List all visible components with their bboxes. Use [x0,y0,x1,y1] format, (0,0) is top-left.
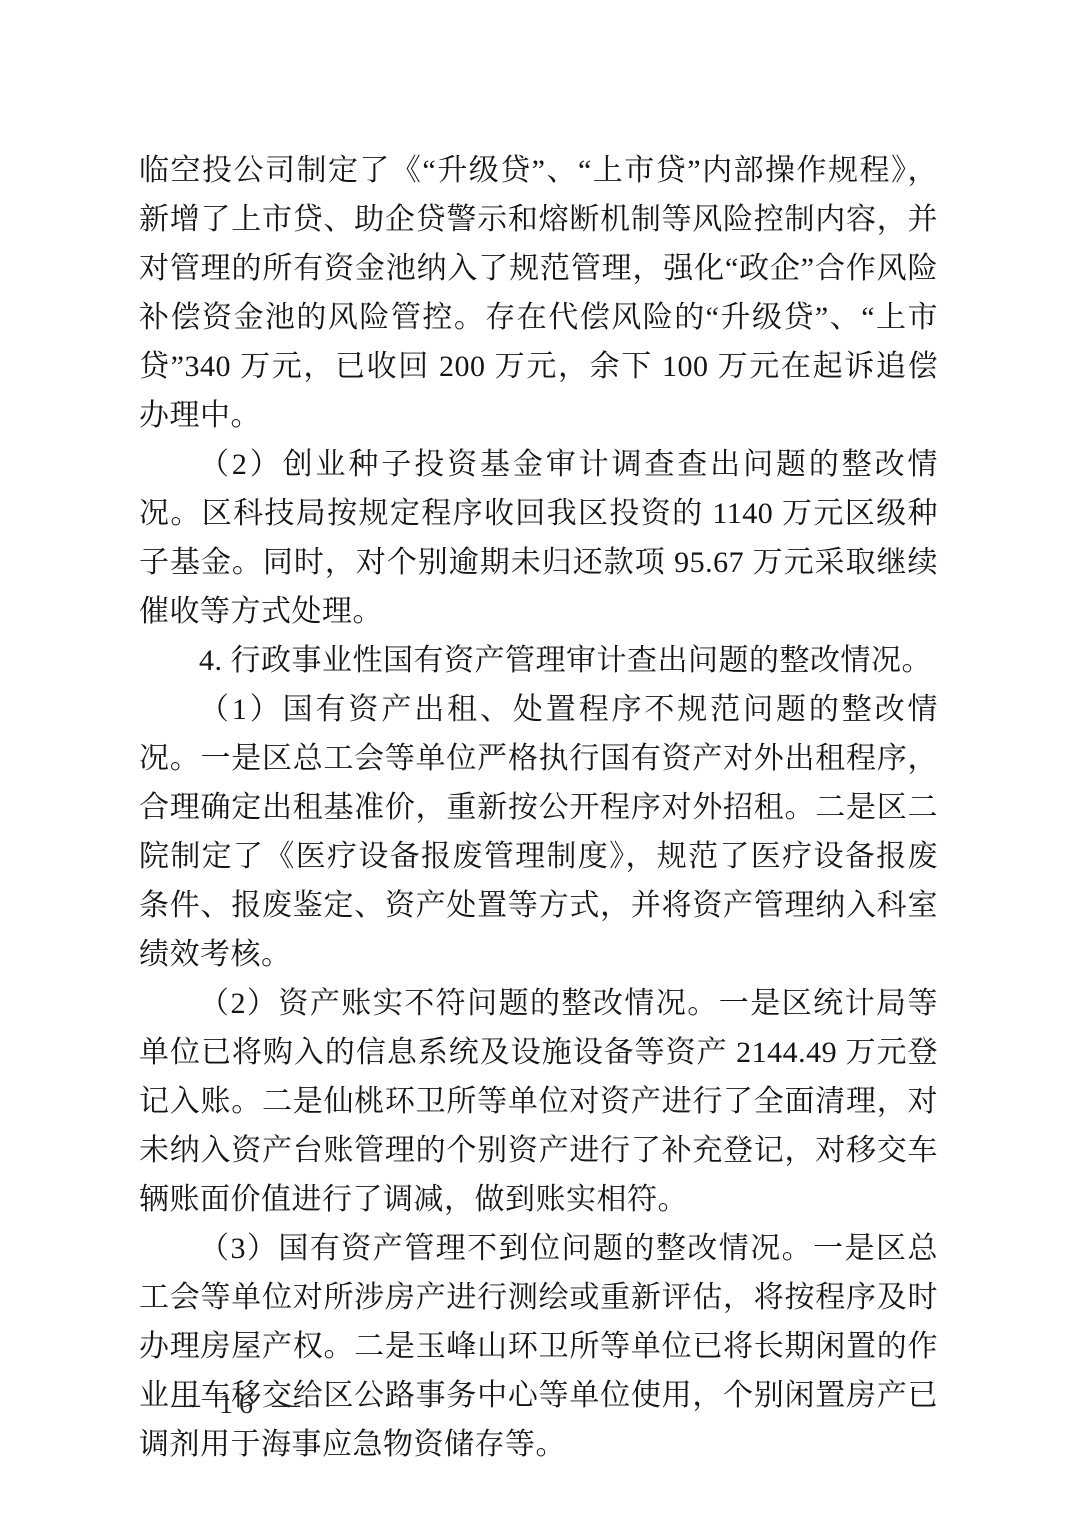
body-paragraph-item-2-seed-fund: （2）创业种子投资基金审计调查查出问题的整改情况。区科技局按规定程序收回我区投资… [139,440,938,636]
page-number: — 16 — [172,1389,306,1421]
body-paragraph-item-1-asset-lease: （1）国有资产出租、处置程序不规范问题的整改情况。一是区总工会等单位严格执行国有… [139,685,938,979]
body-paragraph-heading-4: 4. 行政事业性国有资产管理审计查出问题的整改情况。 [139,636,938,685]
body-paragraph-continuation: 临空投公司制定了《“升级贷”、“上市贷”内部操作规程》，新增了上市贷、助企贷警示… [139,146,938,440]
body-paragraph-item-2-asset-accounts: （2）资产账实不符问题的整改情况。一是区统计局等单位已将购入的信息系统及设施设备… [139,979,938,1224]
document-page: 临空投公司制定了《“升级贷”、“上市贷”内部操作规程》，新增了上市贷、助企贷警示… [0,0,1074,1520]
document-body: 临空投公司制定了《“升级贷”、“上市贷”内部操作规程》，新增了上市贷、助企贷警示… [139,146,938,1469]
body-paragraph-item-3-asset-management: （3）国有资产管理不到位问题的整改情况。一是区总工会等单位对所涉房产进行测绘或重… [139,1224,938,1469]
